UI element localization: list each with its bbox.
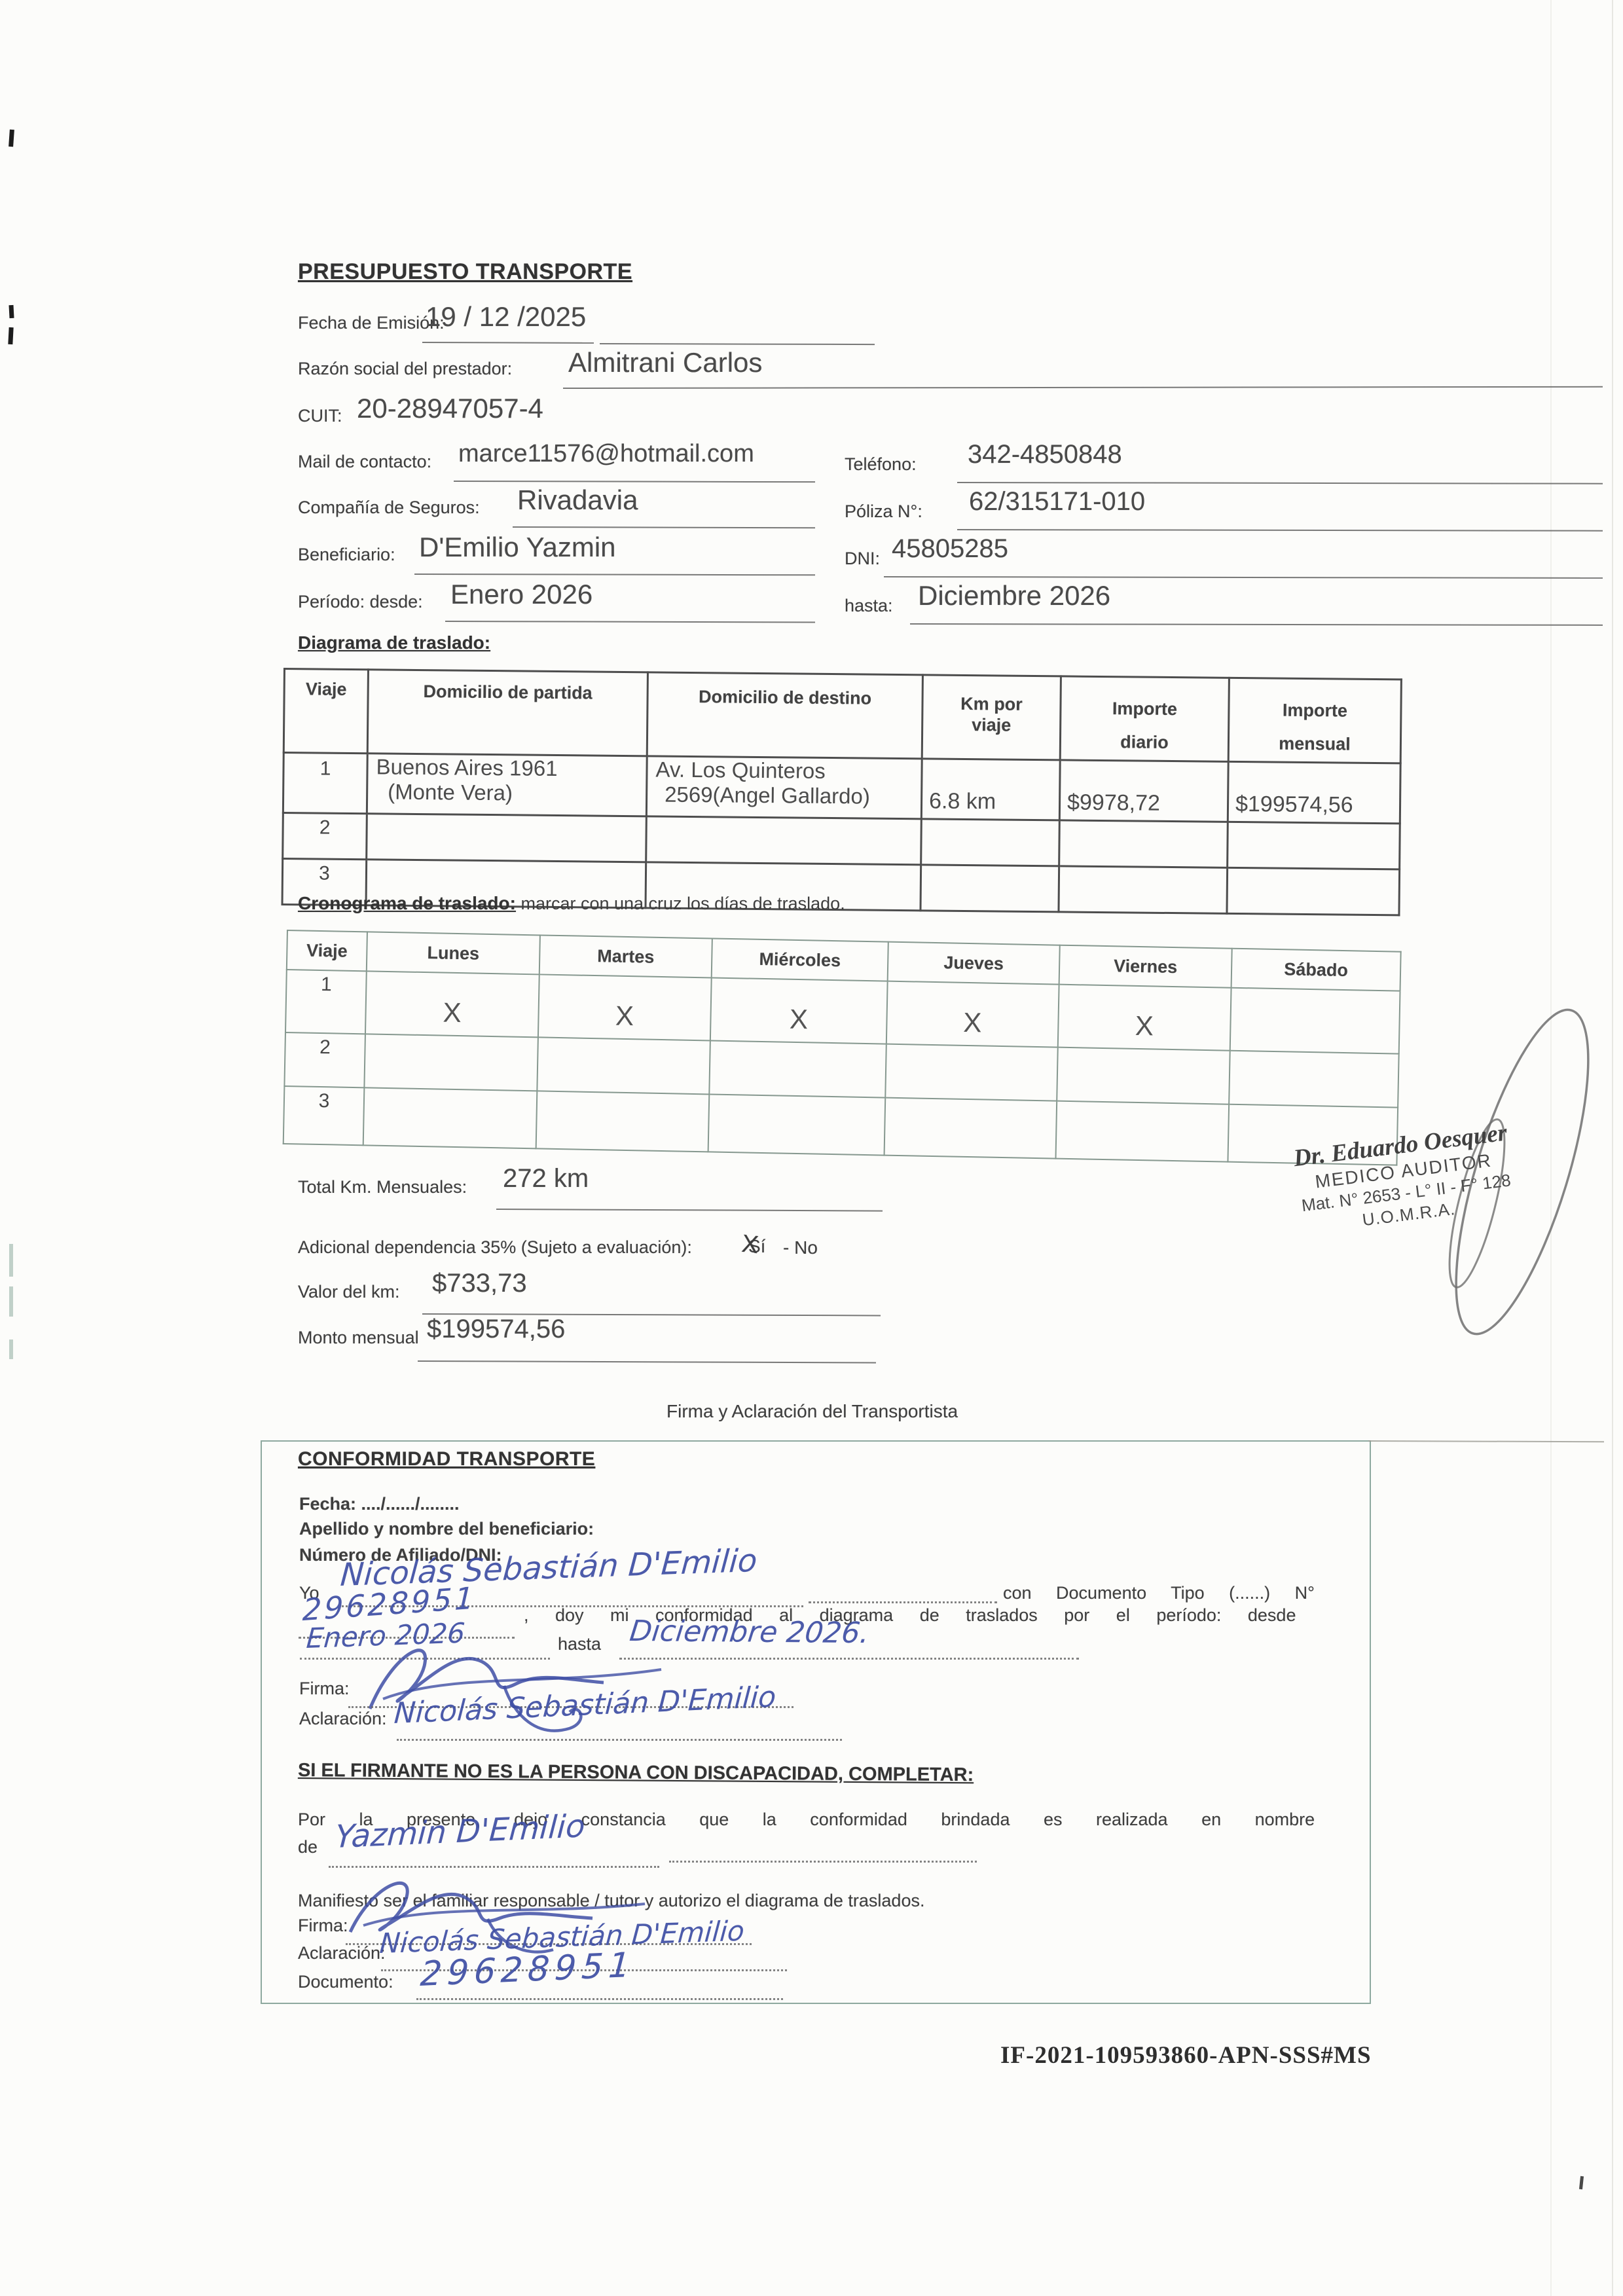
diagrama-row1-destino: Av. Los Quinteros 2569(Angel Gallardo) <box>646 756 922 818</box>
diagrama-col-partida: Domicilio de partida <box>367 670 647 756</box>
cronograma-title-bold: Cronograma de traslado: <box>298 893 516 913</box>
beneficiario-label: Beneficiario: <box>298 545 395 565</box>
mark-sabado <box>1230 988 1400 1054</box>
empty-cell <box>1059 820 1228 867</box>
empty-cell <box>709 1040 886 1097</box>
diagrama-row1-km: 6.8 km <box>921 758 1060 820</box>
valor-km-value: $733,73 <box>432 1269 527 1298</box>
dni-label: DNI: <box>845 549 880 569</box>
razon-social-value: Almitrani Carlos <box>568 347 762 378</box>
empty-cell <box>536 1091 710 1152</box>
scanned-form-page: PRESUPUESTO TRANSPORTE Fecha de Emisión:… <box>0 0 1623 2296</box>
cronograma-col-martes: Martes <box>539 935 712 977</box>
diagrama-row1-mensual: $199574,56 <box>1228 761 1400 824</box>
field-underline <box>414 574 815 575</box>
mensual-header: mensual <box>1279 734 1351 754</box>
field-underline <box>513 526 815 528</box>
periodo-desde-value: Enero 2026 <box>450 579 593 610</box>
diario-header: diario <box>1120 733 1169 753</box>
empty-cell <box>708 1094 886 1155</box>
cronograma-col-miercoles: Miércoles <box>712 938 888 981</box>
total-km-label: Total Km. Mensuales: <box>298 1177 467 1197</box>
monto-mensual-value: $199574,56 <box>427 1315 565 1344</box>
field-underline <box>910 623 1603 626</box>
empty-cell <box>921 818 1060 866</box>
scan-artifact <box>9 1286 13 1317</box>
field-underline <box>445 621 815 623</box>
poliza-label: Póliza N°: <box>845 501 922 522</box>
diagrama-section-title: Diagrama de traslado: <box>298 632 490 653</box>
cronograma-row1-n: 1 <box>285 970 367 1034</box>
conformidad-title: CONFORMIDAD TRANSPORTE <box>298 1448 595 1470</box>
diagrama-row1-n: 1 <box>283 752 367 813</box>
firmante-de-label: de <box>298 1837 318 1857</box>
empty-cell <box>1227 867 1400 915</box>
mark-viernes: X <box>1058 985 1231 1051</box>
empty-cell <box>885 1044 1058 1101</box>
importe-header: Importe <box>1112 699 1177 719</box>
conf-apellido-line: Apellido y nombre del beneficiario: <box>299 1519 594 1539</box>
adicional-si-cross-mark: X <box>740 1230 760 1260</box>
field-underline <box>418 1360 876 1363</box>
fecha-emision-value: 19 / 12 /2025 <box>426 301 586 333</box>
dotted-line <box>809 1601 997 1603</box>
firmante-documento-label: Documento: <box>298 1972 393 1992</box>
field-underline <box>563 386 1603 389</box>
beneficiario-value: D'Emilio Yazmin <box>419 532 616 563</box>
km-header-line2: viaje <box>972 715 1011 735</box>
diagrama-col-importe-diario: Importe diario <box>1060 676 1229 761</box>
scan-artifact <box>9 1339 13 1359</box>
cuit-label: CUIT: <box>298 406 342 426</box>
scan-artifact <box>9 305 14 318</box>
mark-martes: X <box>538 974 712 1040</box>
empty-cell <box>1229 1051 1399 1108</box>
empty-cell <box>364 1034 538 1091</box>
transportista-caption: Firma y Aclaración del Transportista <box>666 1401 958 1422</box>
field-underline <box>496 1209 883 1212</box>
cronograma-col-jueves: Jueves <box>888 942 1060 985</box>
empty-cell <box>537 1037 710 1094</box>
dotted-line <box>669 1861 977 1863</box>
mark-jueves: X <box>886 981 1059 1048</box>
scan-artifact <box>9 1244 13 1277</box>
monto-mensual-label: Monto mensual <box>298 1328 419 1348</box>
importe-header: Importe <box>1283 701 1347 721</box>
empty-cell <box>1057 1048 1230 1104</box>
conf-aclaracion-label: Aclaración: <box>299 1709 387 1729</box>
adicional-no-option: - No <box>783 1237 818 1258</box>
diagrama-col-viaje: Viaje <box>283 669 368 754</box>
conf-doc-tipo-text: con Documento Tipo (......) N° <box>1003 1583 1315 1603</box>
mail-label: Mail de contacto: <box>298 452 431 472</box>
dni-value: 45805285 <box>892 534 1008 564</box>
telefono-value: 342-4850848 <box>968 440 1122 469</box>
valor-km-label: Valor del km: <box>298 1282 400 1302</box>
empty-cell <box>1056 1101 1230 1162</box>
document-reference-code: IF-2021-109593860-APN-SSS#MS <box>1000 2041 1372 2069</box>
mark-miercoles: X <box>710 977 888 1044</box>
cronograma-col-viernes: Viernes <box>1059 945 1232 988</box>
conf-fecha-line: Fecha: ..../....../........ <box>299 1494 460 1514</box>
cronograma-col-lunes: Lunes <box>367 932 540 974</box>
empty-cell <box>1228 822 1400 869</box>
field-underline <box>957 529 1603 532</box>
dotted-line <box>416 1998 783 2000</box>
cuit-value: 20-28947057-4 <box>357 393 543 424</box>
diagrama-col-km: Km por viaje <box>922 675 1061 760</box>
razon-social-label: Razón social del prestador: <box>298 359 512 379</box>
field-underline <box>422 342 594 344</box>
total-km-value: 272 km <box>503 1164 589 1194</box>
km-header-line1: Km por <box>960 694 1023 714</box>
empty-cell <box>921 864 1059 911</box>
field-underline <box>454 481 815 483</box>
cronograma-row3-n: 3 <box>283 1086 365 1145</box>
diagrama-col-destino: Domicilio de destino <box>647 672 922 759</box>
field-underline <box>884 576 1603 579</box>
diagrama-row2-n: 2 <box>283 812 367 859</box>
diagrama-row1-diario: $9978,72 <box>1059 759 1228 821</box>
adicional-label: Adicional dependencia 35% (Sujeto a eval… <box>298 1237 692 1258</box>
periodo-hasta-value: Diciembre 2026 <box>918 580 1110 611</box>
telefono-label: Teléfono: <box>845 454 917 475</box>
seguro-label: Compañía de Seguros: <box>298 498 480 518</box>
empty-cell <box>363 1087 538 1148</box>
cronograma-table: Viaje Lunes Martes Miércoles Jueves Vier… <box>283 930 1402 1166</box>
empty-cell <box>1059 866 1228 913</box>
partida-line2: (Monte Vera) <box>376 779 513 805</box>
form-title: PRESUPUESTO TRANSPORTE <box>298 259 632 285</box>
destino-line1: Av. Los Quinteros <box>655 757 826 782</box>
box-top-line-extension <box>1368 1440 1604 1442</box>
cronograma-col-viaje: Viaje <box>287 930 367 971</box>
scan-artifact <box>8 327 13 344</box>
scan-artifact <box>1579 2176 1584 2189</box>
mark-lunes: X <box>365 971 539 1037</box>
dotted-line <box>397 1739 842 1741</box>
fecha-emision-label: Fecha de Emisión: <box>298 313 445 333</box>
cronograma-title-rest: marcar con una cruz los días de traslado… <box>516 894 845 913</box>
cronograma-col-sabado: Sábado <box>1231 949 1401 991</box>
conf-firma-label: Firma: <box>299 1679 350 1699</box>
cronograma-section-title: Cronograma de traslado: marcar con una c… <box>298 893 845 914</box>
periodo-label: Período: desde: <box>298 592 423 612</box>
empty-cell <box>367 813 647 862</box>
empty-cell <box>646 816 922 864</box>
partida-line1: Buenos Aires 1961 <box>376 754 557 780</box>
firmante-aclaracion-label: Aclaración: <box>298 1943 386 1963</box>
poliza-value: 62/315171-010 <box>969 487 1145 517</box>
seguro-value: Rivadavia <box>517 484 638 516</box>
mail-value: marce11576@hotmail.com <box>458 440 754 468</box>
hasta-label: hasta: <box>845 596 893 616</box>
diagrama-row1-partida: Buenos Aires 1961 (Monte Vera) <box>367 753 647 816</box>
cronograma-row2-n: 2 <box>284 1032 365 1087</box>
diagrama-col-importe-mensual: Importe mensual <box>1228 678 1401 763</box>
empty-cell <box>884 1098 1057 1159</box>
field-underline <box>957 482 1603 484</box>
destino-line2: 2569(Angel Gallardo) <box>655 782 870 808</box>
diagrama-table: Viaje Domicilio de partida Domicilio de … <box>282 668 1402 916</box>
field-underline <box>600 343 875 345</box>
scan-artifact <box>9 130 14 147</box>
